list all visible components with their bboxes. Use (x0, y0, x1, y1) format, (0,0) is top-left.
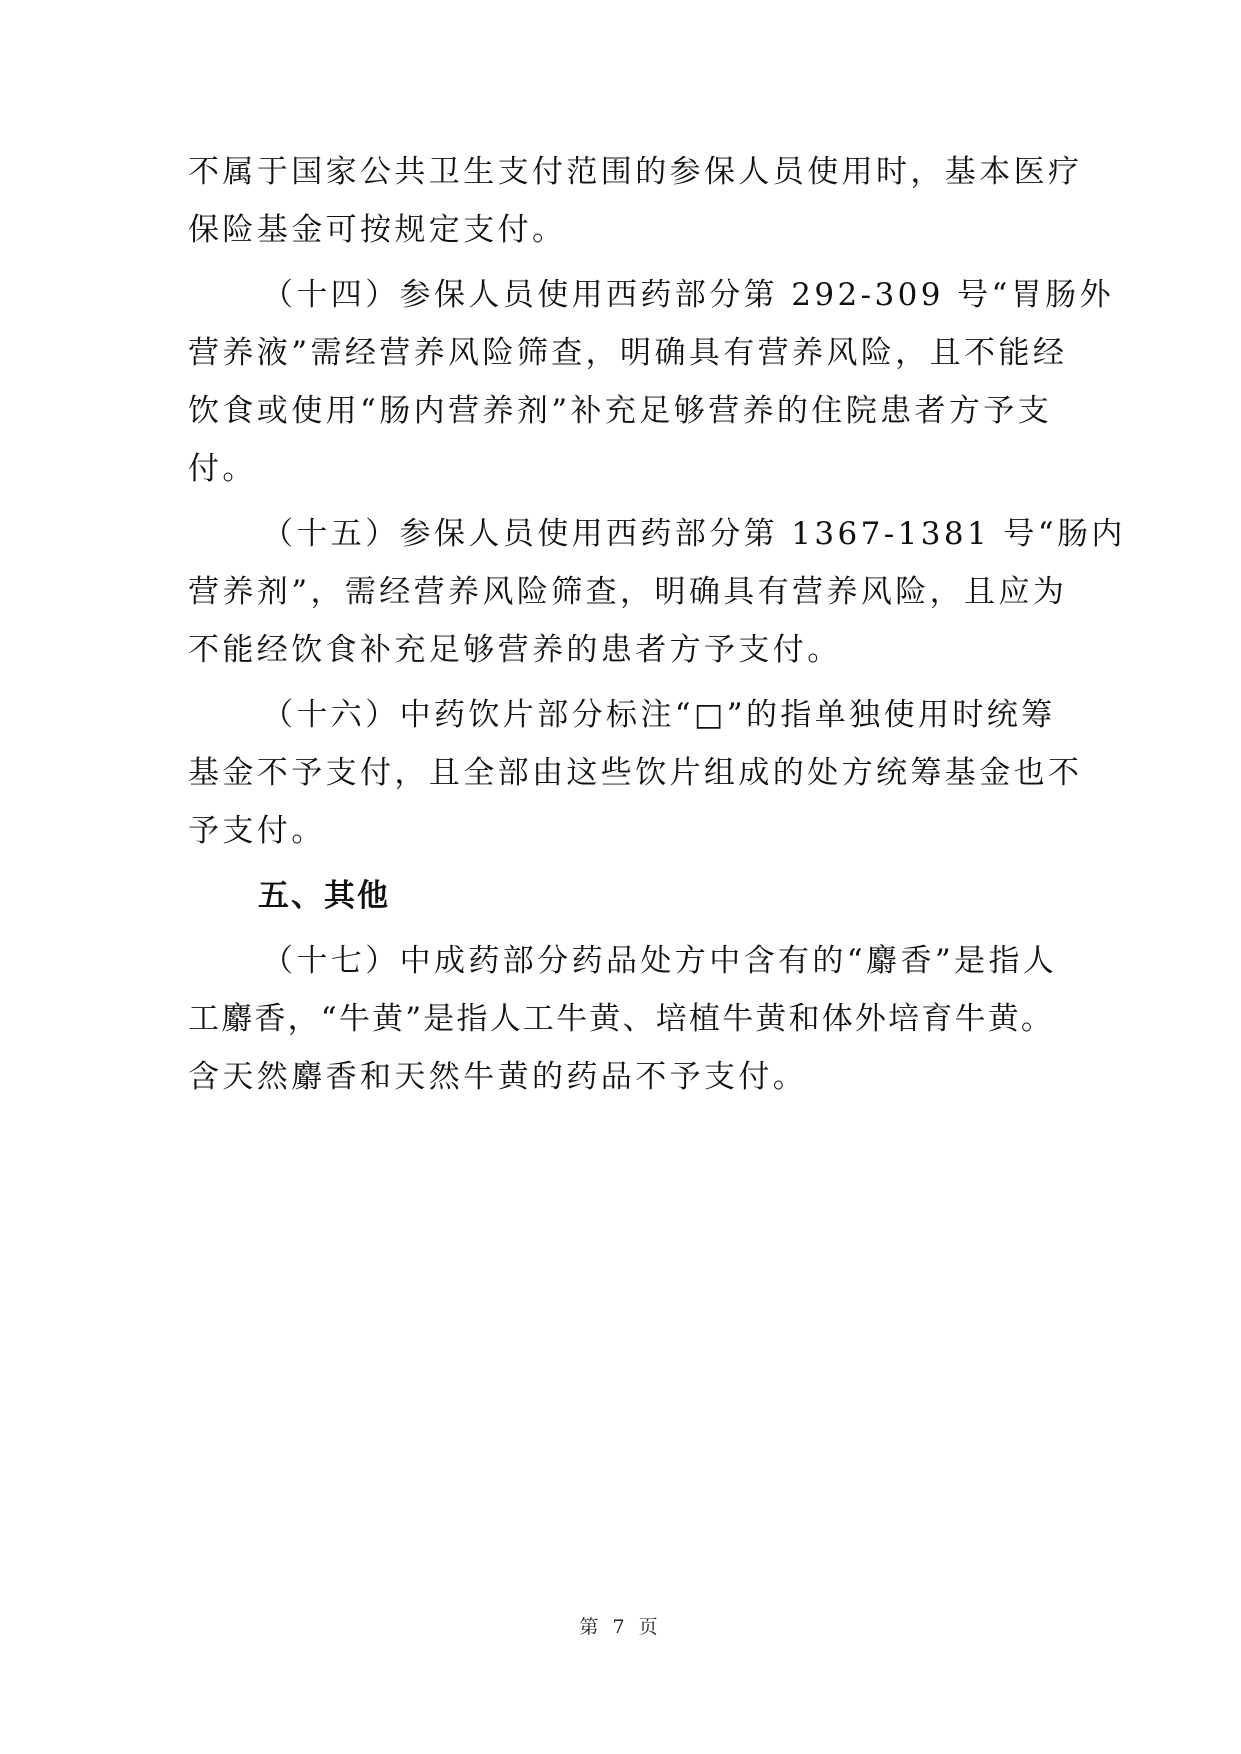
page-number: 第 7 页 (0, 1612, 1241, 1639)
document-page: 不属于国家公共卫生支付范围的参保人员使用时，基本医疗 保险基金可按规定支付。 （… (0, 0, 1241, 1754)
paragraph-16-line-2: 基金不予支付，且全部由这些饮片组成的处方统筹基金也不 (188, 753, 1048, 793)
paragraph-14-line-2: 营养液”需经营养风险筛查，明确具有营养风险，且不能经 (188, 333, 1048, 373)
paragraph-15-line-3: 不能经饮食补充足够营养的患者方予支付。 (188, 630, 1048, 670)
paragraph-16-line-1: （十六）中药饮片部分标注“□”的指单独使用时统筹 (262, 695, 1048, 735)
paragraph-15-line-2: 营养剂”，需经营养风险筛查，明确具有营养风险，且应为 (188, 572, 1048, 612)
paragraph-16-line-3: 予支付。 (188, 811, 1048, 851)
paragraph-13-line-2: 保险基金可按规定支付。 (188, 210, 1048, 250)
paragraph-14-line-3: 饮食或使用“肠内营养剂”补充足够营养的住院患者方予支 (188, 391, 1048, 431)
paragraph-17-line-1: （十七）中成药部分药品处方中含有的“麝香”是指人 (262, 941, 1048, 981)
paragraph-17-line-2: 工麝香，“牛黄”是指人工牛黄、培植牛黄和体外培育牛黄。 (188, 999, 1048, 1039)
paragraph-15-line-1: （十五）参保人员使用西药部分第 1367-1381 号“肠内 (262, 514, 1048, 554)
paragraph-14-line-1: （十四）参保人员使用西药部分第 292-309 号“胃肠外 (262, 275, 1048, 315)
paragraph-13-line-1: 不属于国家公共卫生支付范围的参保人员使用时，基本医疗 (188, 152, 1048, 192)
paragraph-17-line-3: 含天然麝香和天然牛黄的药品不予支付。 (188, 1057, 1048, 1097)
section-heading-other: 五、其他 (258, 876, 1044, 916)
paragraph-14-line-4: 付。 (188, 449, 1048, 489)
